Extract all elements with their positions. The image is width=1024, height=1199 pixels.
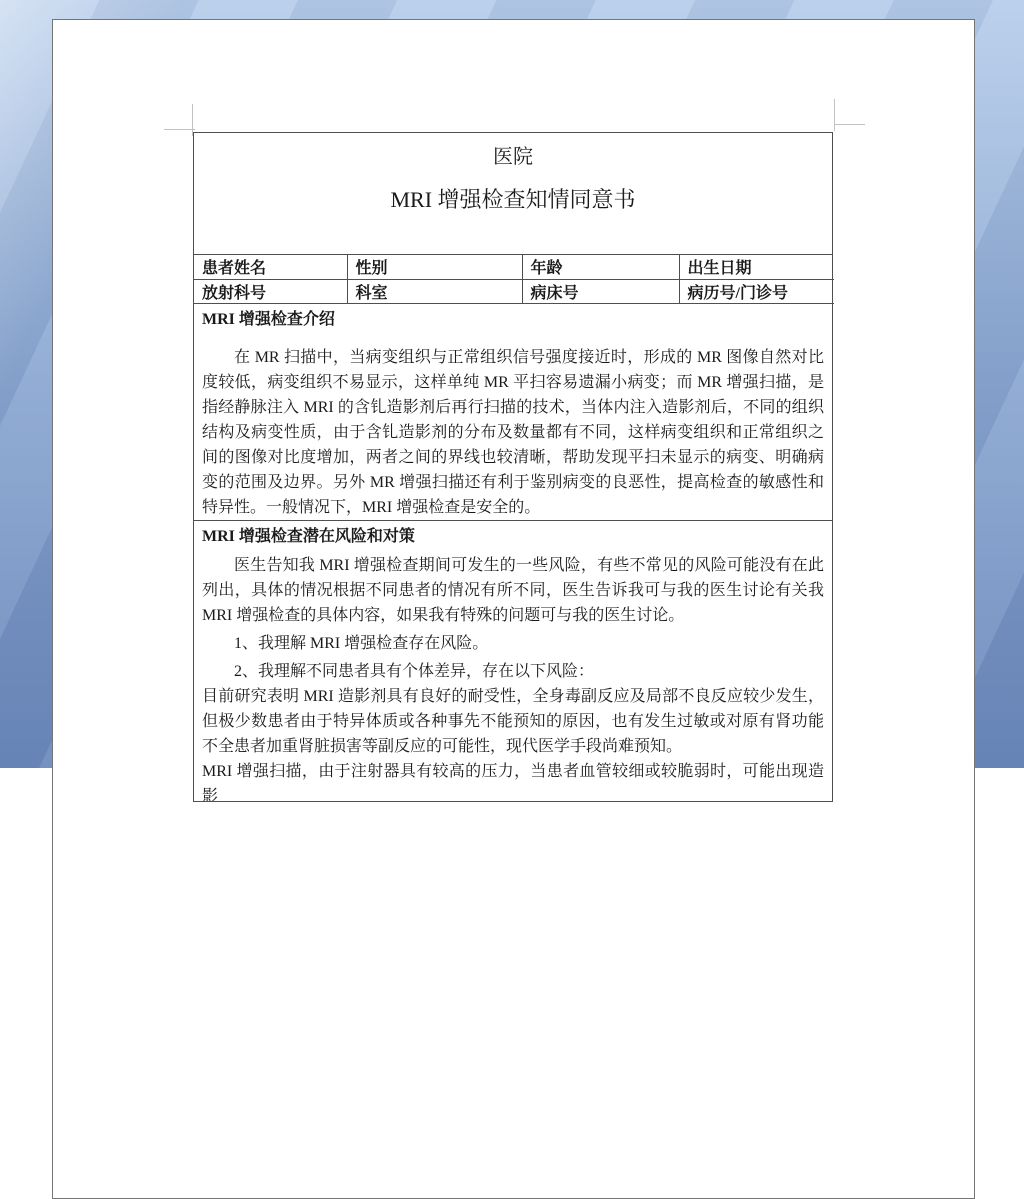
- section-intro-heading: MRI 增强检查介绍: [202, 304, 824, 331]
- field-label-bed-no: 病床号: [522, 279, 679, 303]
- margin-crop-mark-left-horizontal: [164, 129, 195, 130]
- section-intro-paragraph: 在 MR 扫描中，当病变组织与正常组织信号强度接近时，形成的 MR 图像自然对比…: [202, 345, 824, 520]
- hospital-title: 医院: [194, 133, 832, 169]
- patient-info-table: 患者姓名 性别 年龄 出生日期 放射科号 科室 病床号 病历号/门诊号: [194, 255, 834, 304]
- field-label-age: 年龄: [522, 255, 679, 279]
- section-risks-heading: MRI 增强检查潜在风险和对策: [202, 521, 824, 548]
- section-risks-item2: 2、我理解不同患者具有个体差异，存在以下风险：: [202, 659, 824, 684]
- field-label-gender: 性别: [347, 255, 522, 279]
- margin-crop-mark-right-horizontal: [834, 124, 865, 125]
- section-risks-item1: 1、我理解 MRI 增强检查存在风险。: [202, 631, 824, 656]
- section-risks-paragraph3-partial: MRI 增强扫描，由于注射器具有较高的压力，当患者血管较细或较脆弱时，可能出现造…: [202, 759, 824, 769]
- field-label-record-no: 病历号/门诊号: [679, 279, 834, 303]
- document-page: 医院 MRI 增强检查知情同意书 患者姓名 性别 年龄 出生日期 放射科号 科室…: [52, 19, 975, 768]
- desktop-background: 医院 MRI 增强检查知情同意书 患者姓名 性别 年龄 出生日期 放射科号 科室…: [0, 0, 1024, 768]
- consent-form: 医院 MRI 增强检查知情同意书 患者姓名 性别 年龄 出生日期 放射科号 科室…: [193, 132, 833, 768]
- section-intro: MRI 增强检查介绍 在 MR 扫描中，当病变组织与正常组织信号强度接近时，形成…: [194, 304, 832, 521]
- table-row: 放射科号 科室 病床号 病历号/门诊号: [194, 279, 834, 303]
- field-label-radiology-no: 放射科号: [194, 279, 347, 303]
- field-label-patient-name: 患者姓名: [194, 255, 347, 279]
- margin-crop-mark-right-vertical: [834, 99, 835, 131]
- title-block: 医院 MRI 增强检查知情同意书: [194, 133, 832, 255]
- field-label-birth-date: 出生日期: [679, 255, 834, 279]
- section-risks-paragraph2: 目前研究表明 MRI 造影剂具有良好的耐受性，全身毒副反应及局部不良反应较少发生…: [202, 684, 824, 759]
- section-risks: MRI 增强检查潜在风险和对策 医生告知我 MRI 增强检查期间可发生的一些风险…: [194, 521, 832, 769]
- section-risks-paragraph1: 医生告知我 MRI 增强检查期间可发生的一些风险，有些不常见的风险可能没有在此列…: [202, 553, 824, 628]
- table-row: 患者姓名 性别 年龄 出生日期: [194, 255, 834, 279]
- form-title: MRI 增强检查知情同意书: [194, 187, 832, 213]
- field-label-department: 科室: [347, 279, 522, 303]
